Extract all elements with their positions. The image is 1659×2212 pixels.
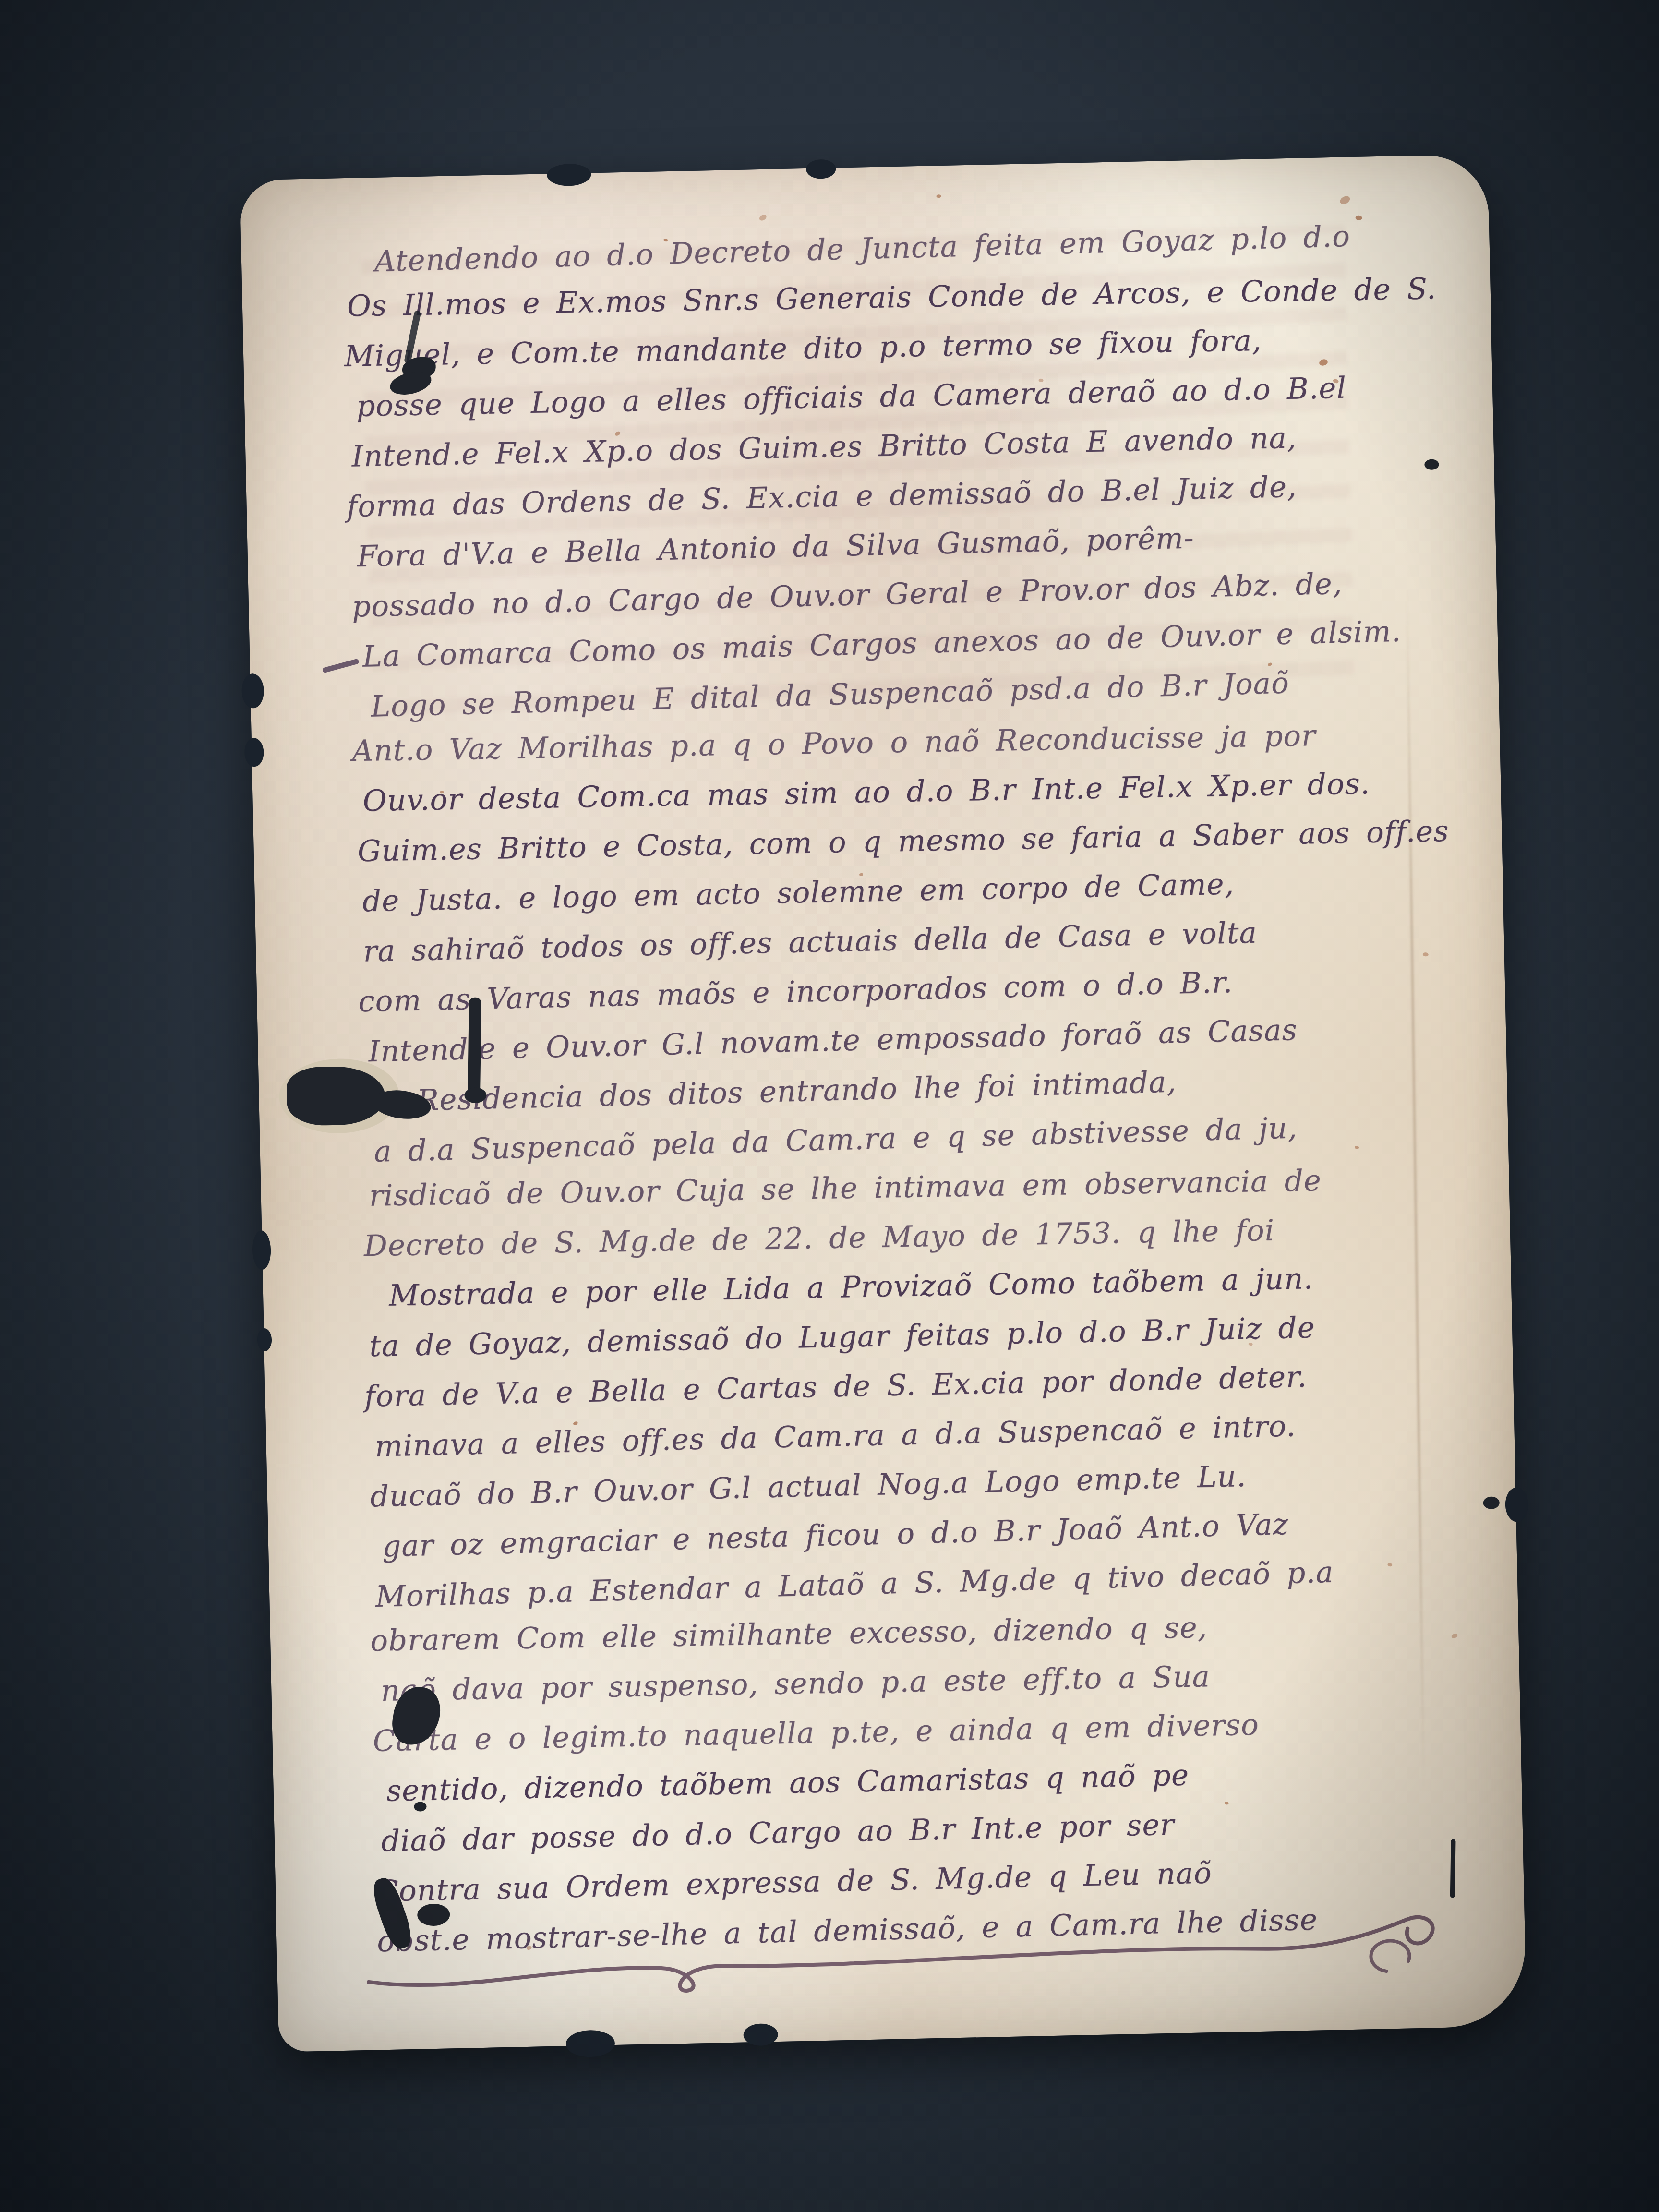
paper-tear [1505, 1487, 1528, 1522]
ink-streak [468, 998, 481, 1099]
paper-tear [244, 738, 264, 767]
paper-tear [547, 163, 591, 186]
rust-speck [936, 194, 941, 198]
paper-tear [565, 2030, 615, 2057]
ink-speck [1483, 1496, 1500, 1509]
paper-tear [806, 159, 836, 179]
paper-crack [1450, 1839, 1456, 1898]
rust-speck [1339, 194, 1352, 206]
photo-backdrop: Atendendo ao d.o Decreto de Juncta feita… [0, 0, 1659, 2212]
manuscript-page: Atendendo ao d.o Decreto de Juncta feita… [240, 154, 1527, 2052]
paper-tear [743, 2023, 778, 2046]
margin-dash [322, 658, 360, 673]
paper-tear [241, 673, 264, 709]
paper-tear [257, 1328, 272, 1352]
manuscript-text: Atendendo ao d.o Decreto de Juncta feita… [348, 211, 1497, 1965]
rust-speck [758, 213, 768, 222]
paper-tear [252, 1230, 271, 1270]
